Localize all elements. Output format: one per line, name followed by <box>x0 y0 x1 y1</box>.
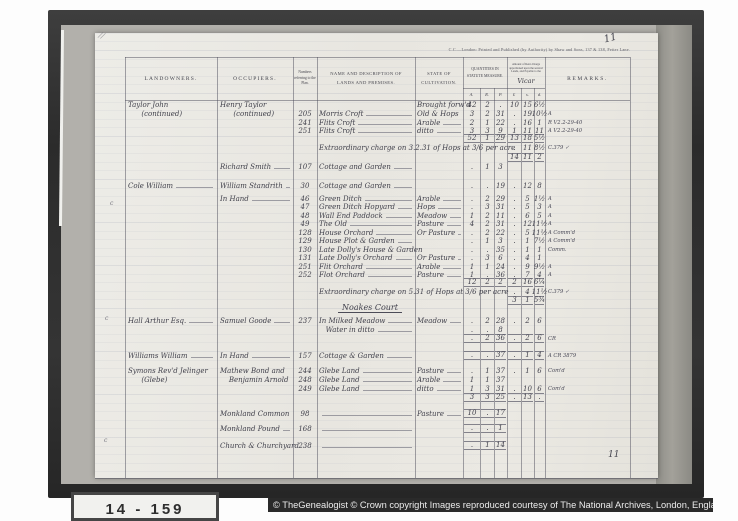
cell-rent: . <box>508 287 521 296</box>
cell-quantity: 1 <box>464 384 480 393</box>
cell-quantity: . <box>464 162 480 171</box>
cell-quantity: 52 <box>464 134 480 143</box>
cell-rent: . <box>508 351 521 360</box>
cell-plan-number: 107 <box>294 162 316 171</box>
cell-quantity: . <box>464 424 480 433</box>
cell-rent: . <box>508 253 521 262</box>
table-row: Extraordinary charge on 3.2.31 of Hops a… <box>0 143 738 152</box>
col-header-remarks: REMARKS. <box>545 57 630 100</box>
cell-state: Pasture <box>417 409 462 418</box>
table-row: 5212913185½ <box>0 134 738 143</box>
cell-occupier: Monkland Common <box>220 409 291 418</box>
cell-rent: . <box>508 393 521 402</box>
table-row: Noakes Court <box>0 304 738 313</box>
cell-plan-number: 238 <box>294 441 316 450</box>
cell-rent: . <box>508 219 521 228</box>
col-header-quantities: QUANTITIES IN STATUTE MEASURE. <box>463 57 507 88</box>
cell-quantity: . <box>481 325 494 334</box>
cell-rent: . <box>508 316 521 325</box>
table-row: 131Late Dolly's OrchardOr Pasture.36.41 <box>0 253 738 262</box>
cell-name-description: The Old <box>319 219 413 228</box>
table-row: Water in ditto..8 <box>0 325 738 334</box>
col-header-occupiers: OCCUPIERS. <box>217 57 293 100</box>
cell-plan-number: 157 <box>294 351 316 360</box>
cell-name-description: Cottage and Garden <box>319 162 413 171</box>
cell-rent: 14 <box>508 153 521 162</box>
cell-quantity: 8 <box>495 325 506 334</box>
table-row: 12222166¼ <box>0 278 738 287</box>
grid-line <box>125 57 630 58</box>
cell-quantity: 3 <box>481 253 494 262</box>
cell-quantity: . <box>464 316 480 325</box>
cell-plan-number: 205 <box>294 109 316 118</box>
cell-occupier: (continued) <box>220 109 291 118</box>
cell-occupier: Henry Taylor <box>220 100 291 109</box>
cell-name-description: Glebe Land <box>319 384 413 393</box>
cell-name-description: Cottage & Garden <box>319 351 413 360</box>
cell-rent: 8½ <box>535 143 544 152</box>
table-row: 49The OldPasture4231.1211½A <box>0 219 738 228</box>
cell-quantity: 12 <box>464 278 480 287</box>
cell-name-description: Morris Croft <box>319 109 413 118</box>
table-row: 47Green Ditch HopyardHops.331.53A <box>0 202 738 211</box>
cell-occupier: Benjamin Arnold <box>220 375 291 384</box>
cell-rent: 8 <box>535 181 544 190</box>
cell-name-description <box>319 424 413 433</box>
archive-reference-text: 14 - 159 <box>105 495 184 518</box>
cell-quantity: 2 <box>481 278 494 287</box>
cell-plan-number: 129 <box>294 236 316 245</box>
cell-landowner: Williams William <box>128 351 214 360</box>
cell-quantity: 3 <box>495 236 506 245</box>
cell-quantity: 31 <box>495 202 506 211</box>
table-row: (continued) (continued)205Morris CroftOl… <box>0 109 738 118</box>
cell-quantity: . <box>464 351 480 360</box>
cell-rent: 1 <box>522 236 533 245</box>
table-row: 14112 <box>0 153 738 162</box>
cell-quantity: 1 <box>481 134 494 143</box>
cell-occupier: William Standrith <box>220 181 291 190</box>
cell-rent: 6½ <box>535 100 544 109</box>
cell-rent: 11½ <box>535 219 544 228</box>
cell-quantity: . <box>495 100 506 109</box>
cell-quantity: 1 <box>481 441 494 450</box>
cell-quantity: 1 <box>464 375 480 384</box>
cell-quantity: 2 <box>481 109 494 118</box>
cell-quantity: . <box>464 202 480 211</box>
unit-header-pounds: £ <box>507 89 521 99</box>
table-row: Cole WilliamWilliam Standrith30Cottage a… <box>0 181 738 190</box>
cell-name-description: Glebe Land <box>319 366 413 375</box>
cell-rent: . <box>508 334 521 343</box>
table-row: 3325.13. <box>0 393 738 402</box>
cell-rent: 13 <box>508 134 521 143</box>
cell-remark: A Comm'd <box>548 236 628 245</box>
cell-quantity: . <box>464 366 480 375</box>
cell-quantity: 3 <box>481 393 494 402</box>
cell-rent: 3 <box>535 202 544 211</box>
cell-quantity: . <box>464 325 480 334</box>
page-number-bottom: 11 <box>608 450 619 460</box>
table-row: Richard Smith107Cottage and Garden.13 <box>0 162 738 171</box>
cell-rent: 4 <box>535 351 544 360</box>
cell-quantity: 31 <box>495 109 506 118</box>
cell-name-description <box>319 441 413 450</box>
cell-state: Old & Hops <box>417 109 462 118</box>
cell-rent: . <box>508 202 521 211</box>
table-row: Extraordinary charge on 5.31 of Hops at … <box>0 287 738 296</box>
cell-occupier: Monkland Pound <box>220 424 291 433</box>
cell-quantity: 14 <box>495 441 506 450</box>
cell-quantity: 1 <box>481 366 494 375</box>
cell-rent: 5 <box>522 202 533 211</box>
grid-line <box>463 88 545 89</box>
unit-header-acres: A. <box>463 89 480 99</box>
cell-quantity: 29 <box>495 134 506 143</box>
cell-rent: 13 <box>522 393 533 402</box>
rent-payee-handwritten: Vicar <box>507 77 545 85</box>
table-row: Monkland Pound168..1 <box>0 424 738 433</box>
cell-quantity: 3 <box>464 393 480 402</box>
cell-quantity: 3 <box>481 202 494 211</box>
cell-remark: Com'd <box>548 366 628 375</box>
cell-landowner: Taylor John <box>128 100 214 109</box>
table-row: Hall Arthur Esq.Samuel Goode237In Milked… <box>0 316 738 325</box>
watermark-bar: © TheGenealogist © Crown copyright Image… <box>268 498 713 512</box>
cell-rent: 11 <box>522 153 533 162</box>
cell-occupier: Church & Churchyard <box>220 441 291 450</box>
cell-name-description: Glebe Land <box>319 375 413 384</box>
cell-rent: 1 <box>522 351 533 360</box>
cell-state: Arable <box>417 375 462 384</box>
table-row: (Glebe) Benjamin Arnold248Glebe LandArab… <box>0 375 738 384</box>
cell-rent: 4 <box>522 253 533 262</box>
cell-rent: 2 <box>508 278 521 287</box>
cell-remark: CR <box>548 334 628 343</box>
table-row: Taylor JohnHenry TaylorBrought forw'd422… <box>0 100 738 109</box>
cell-name-description: Water in ditto <box>319 325 413 334</box>
cell-quantity: 31 <box>495 384 506 393</box>
table-row: Monkland Common98Pasture10.17 <box>0 409 738 418</box>
cell-landowner: Symons Rev'd Jelinger <box>128 366 214 375</box>
cell-rent: 5½ <box>535 134 544 143</box>
cell-quantity: 1 <box>481 375 494 384</box>
cell-occupier: Mathew Bond and <box>220 366 291 375</box>
cell-rent: . <box>535 393 544 402</box>
cell-rent: 11 <box>522 143 533 152</box>
unit-header-pence: d. <box>534 89 545 99</box>
table-row: .236.26CR <box>0 334 738 343</box>
cell-state: Meadow <box>417 316 462 325</box>
cell-state: ditto <box>417 384 462 393</box>
cell-quantity: 19 <box>495 181 506 190</box>
cell-state: Hops <box>417 202 462 211</box>
cell-rent: . <box>508 384 521 393</box>
cell-quantity: . <box>464 334 480 343</box>
cell-rent: 6 <box>535 384 544 393</box>
cell-quantity: 2 <box>495 278 506 287</box>
cell-landowner: (continued) <box>128 109 214 118</box>
cell-plan-number: 248 <box>294 375 316 384</box>
unit-header-perches: P. <box>494 89 507 99</box>
cell-rent: 12 <box>522 181 533 190</box>
cell-quantity: 2 <box>481 316 494 325</box>
cell-plan-number: 249 <box>294 384 316 393</box>
cell-remark: A CR 3879 <box>548 351 628 360</box>
col-header-plan-numbers: Numbers referring to the Plan. <box>293 57 317 100</box>
table-row: 249Glebe Landditto1331.106Com'd <box>0 384 738 393</box>
cell-quantity: 42 <box>464 100 480 109</box>
cell-quantity: 10 <box>464 409 480 418</box>
cell-rent: 2 <box>522 334 533 343</box>
cell-plan-number: 49 <box>294 219 316 228</box>
col-header-state: STATE OF CULTIVATION. <box>415 57 463 100</box>
cell-plan-number: 168 <box>294 424 316 433</box>
cell-rent: . <box>508 143 521 152</box>
cell-occupier: In Hand <box>220 351 291 360</box>
cell-rent: . <box>508 109 521 118</box>
archive-reference-label: 14 - 159 <box>71 492 219 521</box>
cell-quantity: 6 <box>495 253 506 262</box>
cell-remark: A <box>548 202 628 211</box>
cell-plan-number: 47 <box>294 202 316 211</box>
cell-rent: 10½ <box>535 109 544 118</box>
cell-remark: Com'd <box>548 384 628 393</box>
cell-rent: 7½ <box>535 236 544 245</box>
cell-occupier: Samuel Goode <box>220 316 291 325</box>
cell-remark: A <box>548 109 628 118</box>
table-row: Church & Churchyard238.114 <box>0 441 738 450</box>
cell-name-description: Extraordinary charge on 5.31 of Hops at … <box>319 287 507 296</box>
cell-rent: 11½ <box>535 287 544 296</box>
cell-quantity: 28 <box>495 316 506 325</box>
cell-name-description: Cottage and Garden <box>319 181 413 190</box>
cell-quantity: 3 <box>495 162 506 171</box>
cell-quantity: 37 <box>495 375 506 384</box>
cell-rent: 15 <box>522 100 533 109</box>
cell-name-description: House Plot & Garden <box>319 236 413 245</box>
table-row: 129House Plot & Garden.13.17½A Comm'd <box>0 236 738 245</box>
cell-rent: 2 <box>535 153 544 162</box>
cell-quantity: 1 <box>481 236 494 245</box>
table-row: Symons Rev'd JelingerMathew Bond and244G… <box>0 366 738 375</box>
cell-rent: 2 <box>522 316 533 325</box>
col-header-name-description: NAME AND DESCRIPTION OF LANDS AND PREMIS… <box>317 57 415 100</box>
cell-rent: 6¼ <box>535 278 544 287</box>
unit-header-roods: R. <box>480 89 494 99</box>
cell-name-description: Late Dolly's Orchard <box>319 253 413 262</box>
cell-quantity: 37 <box>495 366 506 375</box>
cell-plan-number: 237 <box>294 316 316 325</box>
cell-rent: 6 <box>535 316 544 325</box>
cell-rent: 10 <box>508 100 521 109</box>
cell-rent: 1 <box>535 253 544 262</box>
unit-header-shillings: s. <box>521 89 534 99</box>
cell-quantity: . <box>481 424 494 433</box>
cell-remark: A <box>548 219 628 228</box>
cell-remark: C.379 ✓ <box>548 287 628 296</box>
cell-quantity: 3 <box>464 109 480 118</box>
cell-name-description <box>319 409 413 418</box>
cell-quantity: 25 <box>495 393 506 402</box>
scanned-tithe-apportionment-document: C.C.—London: Printed and Published (by A… <box>0 0 738 521</box>
cell-quantity: 2 <box>481 334 494 343</box>
cell-quantity: 1 <box>495 424 506 433</box>
cell-quantity: 2 <box>481 100 494 109</box>
cell-quantity: 4 <box>464 219 480 228</box>
cell-state: Pasture <box>417 219 462 228</box>
cell-name-description: Extraordinary charge on 3.2.31 of Hops a… <box>319 143 507 152</box>
cell-quantity: 37 <box>495 351 506 360</box>
cell-quantity: . <box>464 236 480 245</box>
cell-quantity: 31 <box>495 219 506 228</box>
cell-quantity: . <box>464 441 480 450</box>
cell-plan-number: 30 <box>294 181 316 190</box>
cell-rent: 18 <box>522 134 533 143</box>
cell-remark: C.379 ✓ <box>548 143 628 152</box>
cell-quantity: 2 <box>481 219 494 228</box>
cell-rent: 10 <box>522 384 533 393</box>
cell-quantity: . <box>481 409 494 418</box>
cell-landowner: Hall Arthur Esq. <box>128 316 214 325</box>
printer-imprint: C.C.—London: Printed and Published (by A… <box>430 47 630 52</box>
cell-rent: 6 <box>535 366 544 375</box>
cell-landowner: (Glebe) <box>128 375 214 384</box>
cell-quantity: 36 <box>495 334 506 343</box>
cell-plan-number: 98 <box>294 409 316 418</box>
grid-line <box>95 478 658 479</box>
cell-quantity: . <box>481 351 494 360</box>
cell-quantity: . <box>464 253 480 262</box>
cell-state: Or Pasture <box>417 253 462 262</box>
cell-quantity: 3 <box>481 384 494 393</box>
cell-state: Brought forw'd <box>417 100 462 109</box>
cell-quantity: 17 <box>495 409 506 418</box>
cell-rent: . <box>508 366 521 375</box>
cell-rent: 16 <box>522 278 533 287</box>
cell-plan-number: 131 <box>294 253 316 262</box>
cell-occupier: Richard Smith <box>220 162 291 171</box>
cell-name-description: Green Ditch Hopyard <box>319 202 413 211</box>
cell-plan-number: 244 <box>294 366 316 375</box>
col-header-landowners: LANDOWNERS. <box>125 57 217 100</box>
cell-quantity: . <box>481 181 494 190</box>
section-heading: Noakes Court <box>325 304 415 313</box>
cell-rent: 1 <box>522 366 533 375</box>
cell-rent: . <box>508 181 521 190</box>
cell-rent: . <box>508 236 521 245</box>
cell-name-description: In Milked Meadow <box>319 316 413 325</box>
cell-rent: 6 <box>535 334 544 343</box>
cell-landowner: Cole William <box>128 181 214 190</box>
cell-state: Pasture <box>417 366 462 375</box>
cell-quantity: . <box>464 181 480 190</box>
cell-quantity: 1 <box>481 162 494 171</box>
table-row: Williams WilliamIn Hand157Cottage & Gard… <box>0 351 738 360</box>
